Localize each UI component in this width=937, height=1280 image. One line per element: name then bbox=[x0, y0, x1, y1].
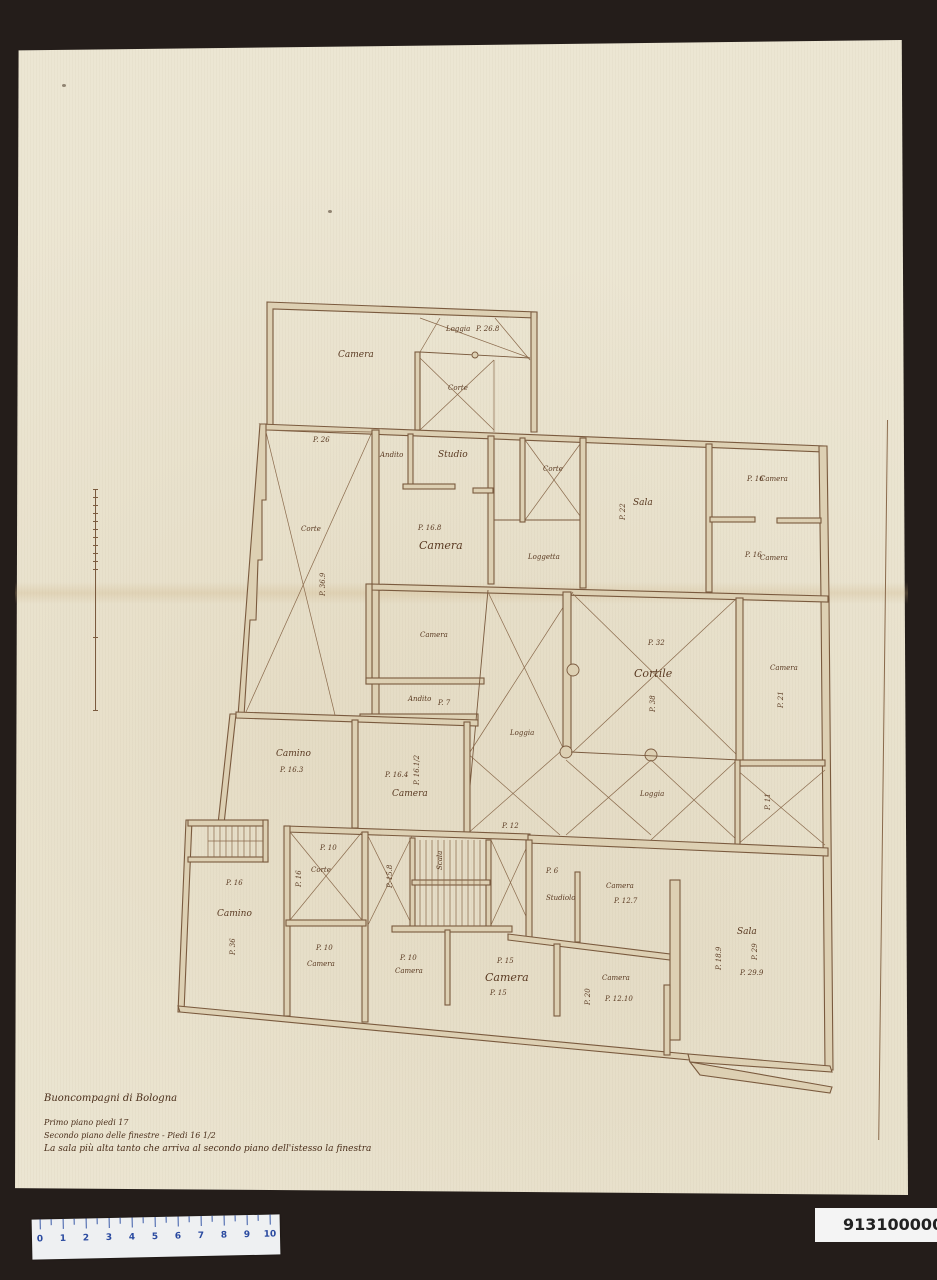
ruler-tick-label: 7 bbox=[198, 1231, 204, 1241]
ruler-tick-label: 2 bbox=[83, 1233, 89, 1243]
ruler-tick-label: 8 bbox=[221, 1231, 227, 1241]
ruler-tick-label: 6 bbox=[175, 1231, 181, 1241]
room-label: Camera bbox=[602, 975, 630, 982]
ruler-tick-label: 3 bbox=[106, 1233, 112, 1243]
room-label: Andito bbox=[380, 452, 403, 459]
note-line: La sala più alta tanto che arriva al sec… bbox=[44, 1144, 371, 1154]
dimension-label: P. 36 bbox=[230, 938, 237, 955]
dimension-label: P. 38 bbox=[650, 695, 657, 712]
dimension-label: P. 12.10 bbox=[605, 996, 633, 1003]
dimension-label: P. 10 bbox=[316, 945, 333, 952]
room-label: Scala bbox=[437, 851, 444, 870]
room-label: Andito bbox=[408, 696, 431, 703]
dimension-label: P. 29.9 bbox=[740, 970, 763, 977]
dimension-label: P. 29 bbox=[752, 943, 759, 960]
room-label: Studiolo bbox=[546, 895, 576, 902]
room-label: Studio bbox=[438, 451, 468, 460]
room-label: Corte bbox=[448, 385, 468, 392]
room-label: Loggia bbox=[640, 791, 664, 798]
room-label: Camera bbox=[419, 540, 463, 551]
room-label: Camera bbox=[760, 476, 788, 483]
ruler-tick-label: 1 bbox=[60, 1234, 66, 1244]
catalog-id-label: 913100000 bbox=[815, 1208, 937, 1242]
dimension-label: P. 16.8 bbox=[418, 525, 441, 532]
dimension-label: P. 18.9 bbox=[716, 947, 723, 970]
dimension-label: P. 26 bbox=[313, 437, 330, 444]
dimension-label: P. 15 bbox=[490, 990, 507, 997]
legend-notes: Buoncompagni di Bologna Primo piano pied… bbox=[44, 1093, 371, 1158]
room-label: Loggia bbox=[446, 326, 470, 333]
dimension-label: P. 10 bbox=[320, 845, 337, 852]
dimension-label: P. 16 bbox=[745, 552, 762, 559]
dimension-label: P. 22 bbox=[620, 503, 627, 520]
dimension-label: P. 7 bbox=[438, 700, 450, 707]
dimension-label: P. 12.7 bbox=[614, 898, 637, 905]
measurement-ruler: 0 1 2 3 4 5 6 7 8 9 10 bbox=[32, 1214, 281, 1259]
dimension-label: P. 15 bbox=[497, 958, 514, 965]
dimension-label: P. 36.9 bbox=[320, 573, 327, 596]
ruler-tick-label: 10 bbox=[264, 1229, 277, 1239]
dimension-label: P. 20 bbox=[585, 988, 592, 1005]
ruler-tick-label: 4 bbox=[129, 1232, 135, 1242]
room-label: Corte bbox=[301, 526, 321, 533]
dimension-label: P. 10 bbox=[400, 955, 417, 962]
room-label: Loggetta bbox=[528, 554, 560, 561]
room-label: Camera bbox=[338, 351, 374, 360]
note-line: Primo piano piedi 17 bbox=[44, 1118, 371, 1127]
room-label: Camino bbox=[276, 750, 311, 759]
dimension-label: P. 15.8 bbox=[387, 865, 394, 888]
room-label: Sala bbox=[633, 499, 653, 508]
dimension-label: P. 32 bbox=[648, 640, 665, 647]
dimension-label: P. 16 bbox=[226, 880, 243, 887]
dimension-label: P. 16.4 bbox=[385, 772, 408, 779]
dimension-label: P. 21 bbox=[778, 691, 785, 708]
room-label: Camera bbox=[760, 555, 788, 562]
room-label: Camera bbox=[420, 632, 448, 639]
room-label: Loggia bbox=[510, 730, 534, 737]
room-label: Corte bbox=[543, 466, 563, 473]
dimension-label: P. 11 bbox=[765, 793, 772, 810]
dimension-label: P. 16 bbox=[296, 870, 303, 887]
note-line: Secondo piano delle finestre - Piedi 16 … bbox=[44, 1131, 371, 1140]
room-label: Camera bbox=[395, 968, 423, 975]
ruler-tick-label: 0 bbox=[37, 1234, 43, 1244]
room-label: Camera bbox=[392, 790, 428, 799]
dimension-label: P. 6 bbox=[546, 868, 558, 875]
room-label: Camera bbox=[307, 961, 335, 968]
ruler-tick-label: 5 bbox=[152, 1232, 158, 1242]
dimension-label: P. 16.3 bbox=[280, 767, 303, 774]
room-label: Cortile bbox=[634, 668, 672, 679]
dimension-label: P. 12 bbox=[502, 823, 519, 830]
floor-plan bbox=[0, 0, 937, 1280]
ruler-tick-label: 9 bbox=[244, 1230, 250, 1240]
room-label: Camera bbox=[485, 972, 529, 983]
room-label: Sala bbox=[737, 928, 757, 937]
room-label: Camera bbox=[770, 665, 798, 672]
dimension-label: P. 26.8 bbox=[476, 326, 499, 333]
room-label: Camera bbox=[606, 883, 634, 890]
dimension-label: P. 16 bbox=[747, 476, 764, 483]
document-heading: Buoncompagni di Bologna bbox=[44, 1093, 371, 1104]
dimension-label: P. 16.1/2 bbox=[414, 755, 421, 785]
room-label: Camino bbox=[217, 910, 252, 919]
room-label: Corte bbox=[311, 867, 331, 874]
